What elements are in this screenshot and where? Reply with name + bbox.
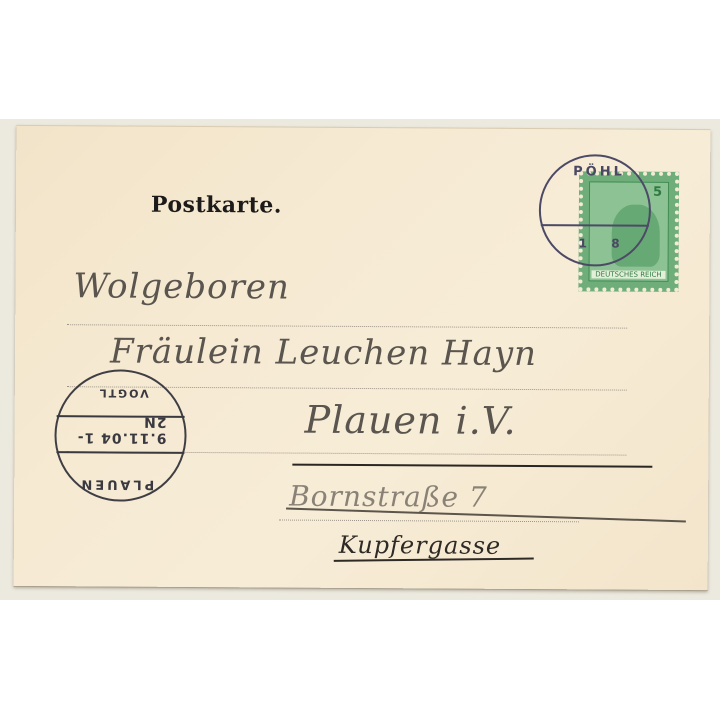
arrival-postmark-town: PLAUEN	[78, 476, 154, 491]
arrival-postmark-region: VOGTL	[98, 386, 149, 399]
city-handwriting: Plauen i.V.	[304, 398, 516, 443]
origin-postmark: PÖHL 1 8	[539, 154, 652, 267]
correction-handwriting: Kupfergasse	[339, 531, 501, 560]
arrival-postmark: PLAUEN 9.11.04 1-2N VOGTL	[54, 369, 187, 502]
stamp-value: 5	[653, 185, 662, 200]
postcard-heading: Postkarte.	[151, 192, 282, 219]
postcard: Postkarte. 5 DEUTSCHES REICH PÖHL 1 8 PL…	[14, 125, 711, 590]
origin-postmark-band	[541, 200, 649, 227]
stamp-country: DEUTSCHES REICH	[591, 270, 665, 278]
recipient-handwriting: Fräulein Leuchen Hayn	[110, 331, 537, 374]
origin-postmark-town: PÖHL	[573, 164, 625, 179]
address-line-1	[67, 324, 627, 328]
arrival-postmark-date: 9.11.04 1-2N	[56, 413, 166, 446]
city-underline	[292, 464, 652, 468]
salutation-handwriting: Wolgeboren	[73, 266, 290, 307]
address-line-4	[279, 519, 579, 522]
origin-postmark-line: 1 8	[579, 236, 630, 250]
